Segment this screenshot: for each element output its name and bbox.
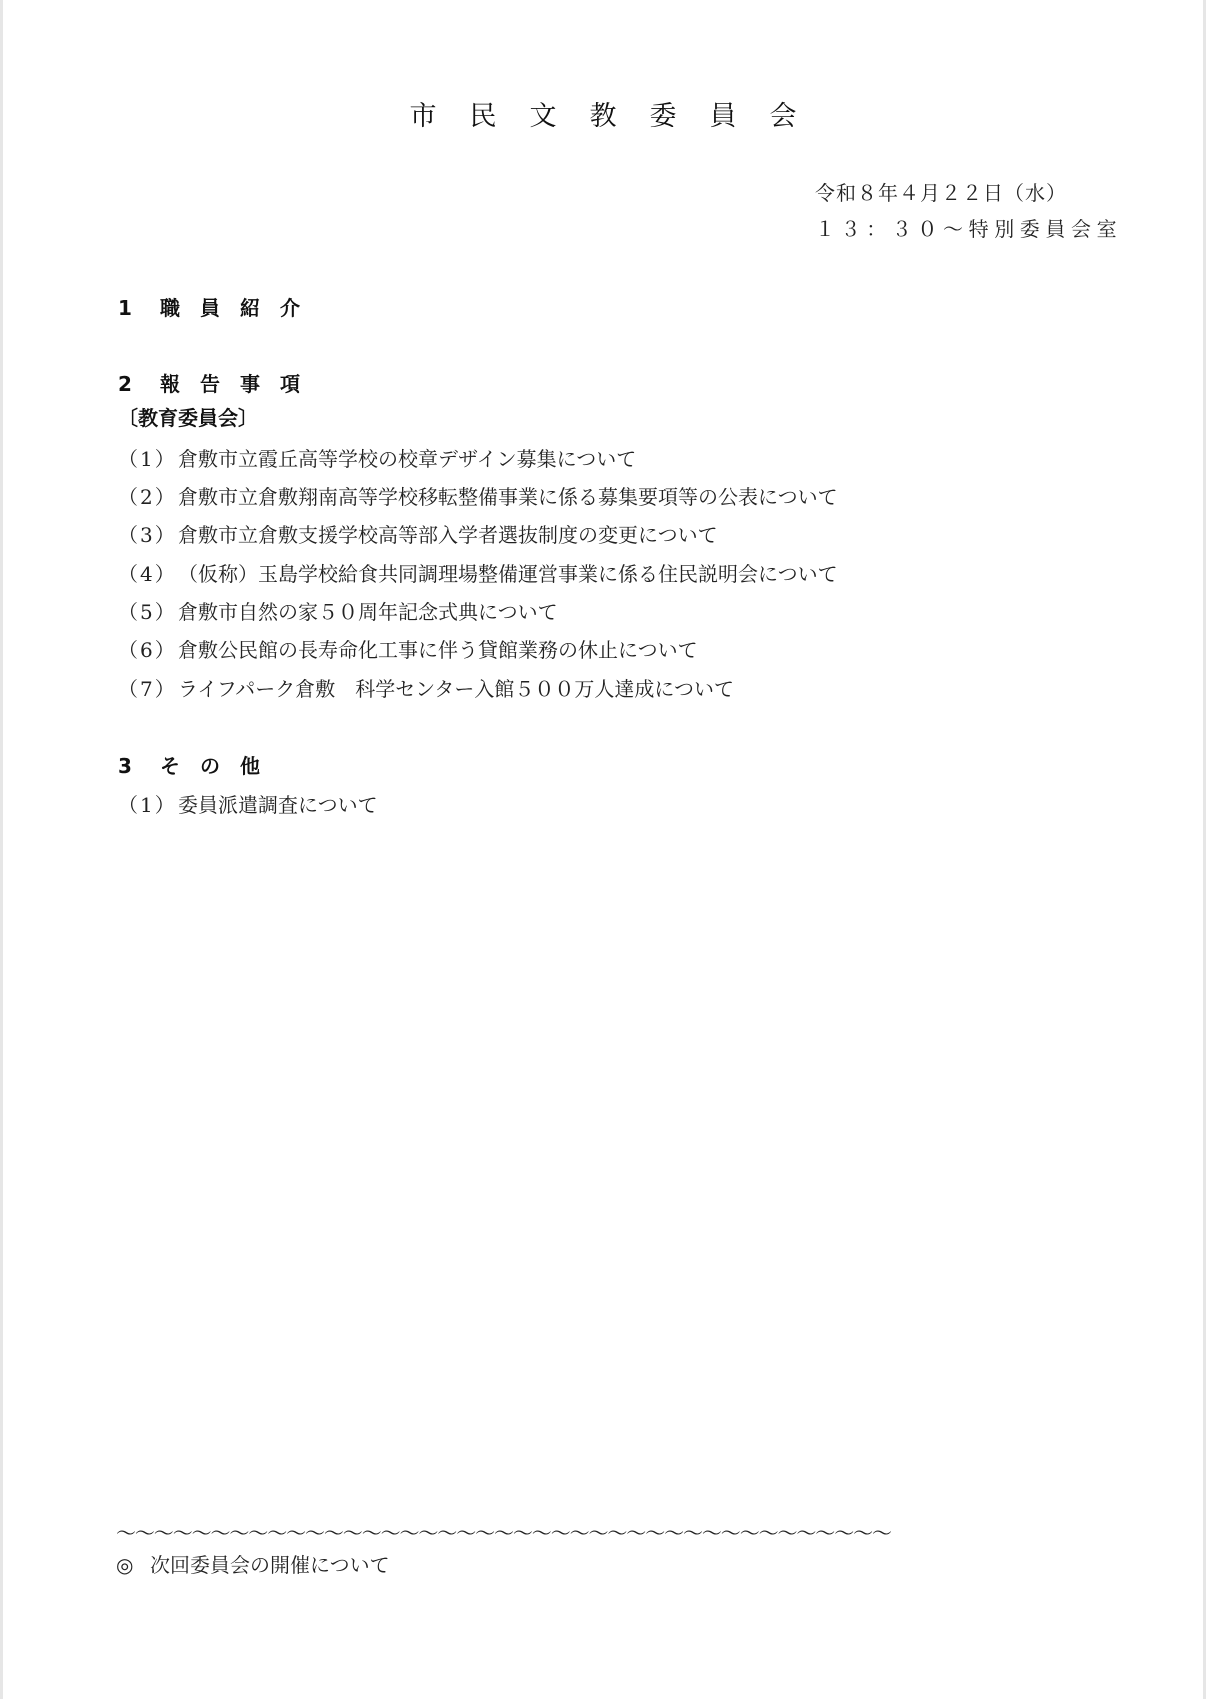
item-text: 倉敷市立倉敷支援学校高等部入学者選抜制度の変更について [178, 523, 718, 547]
list-item: （5）倉敷市自然の家５０周年記念式典について [118, 599, 558, 625]
footer-note: ◎次回委員会の開催について [116, 1552, 390, 1578]
item-number: （1） [118, 446, 178, 472]
section-number: 3 [118, 753, 160, 779]
item-text: 委員派遣調査について [178, 793, 378, 817]
item-text: 倉敷公民館の長寿命化工事に伴う貸館業務の休止について [178, 638, 698, 662]
section-heading-2: 2報告事項 [118, 371, 320, 397]
item-number: （2） [118, 484, 178, 510]
item-text: 倉敷市立霞丘高等学校の校章デザイン募集について [178, 447, 636, 471]
item-text: （仮称）玉島学校給食共同調理場整備運営事業に係る住民説明会について [178, 562, 838, 586]
section-title: 職員紹介 [160, 296, 320, 320]
section-heading-1: 1職員紹介 [118, 295, 320, 321]
page-title: 市民文教委員会 [0, 100, 1206, 134]
item-number: （4） [118, 561, 178, 587]
list-item: （6）倉敷公民館の長寿命化工事に伴う貸館業務の休止について [118, 637, 698, 663]
footer-note-text: 次回委員会の開催について [150, 1553, 390, 1577]
section-title: その他 [160, 754, 280, 778]
list-item: （7）ライフパーク倉敷 科学センター入館５００万人達成について [118, 676, 734, 702]
double-circle-icon: ◎ [116, 1552, 150, 1578]
section-heading-3: 3その他 [118, 753, 280, 779]
section-title: 報告事項 [160, 372, 320, 396]
item-number: （1） [118, 792, 178, 818]
page-edge-left [0, 0, 3, 1699]
item-text: 倉敷市立倉敷翔南高等学校移転整備事業に係る募集要項等の公表について [178, 485, 838, 509]
section-number: 2 [118, 371, 160, 397]
list-item: （3）倉敷市立倉敷支援学校高等部入学者選抜制度の変更について [118, 522, 718, 548]
item-number: （7） [118, 676, 178, 702]
list-item: （1）委員派遣調査について [118, 792, 378, 818]
wave-separator: ～～～～～～～～～～～～～～～～～～～～～～～～～～～～～～～～～～～～～～～～… [116, 1520, 891, 1546]
list-item: （2）倉敷市立倉敷翔南高等学校移転整備事業に係る募集要項等の公表について [118, 484, 838, 510]
item-text: 倉敷市自然の家５０周年記念式典について [178, 600, 558, 624]
list-item: （4）（仮称）玉島学校給食共同調理場整備運営事業に係る住民説明会について [118, 561, 838, 587]
item-number: （3） [118, 522, 178, 548]
section-number: 1 [118, 295, 160, 321]
list-item: （1）倉敷市立霞丘高等学校の校章デザイン募集について [118, 446, 636, 472]
item-text: ライフパーク倉敷 科学センター入館５００万人達成について [178, 677, 734, 701]
meeting-date: 令和８年４月２２日（水） [815, 180, 1067, 206]
section-subheading: 〔教育委員会〕 [118, 405, 258, 431]
item-number: （6） [118, 637, 178, 663]
item-number: （5） [118, 599, 178, 625]
meeting-time-place: １３：３０～特別委員会室 [815, 216, 1122, 242]
